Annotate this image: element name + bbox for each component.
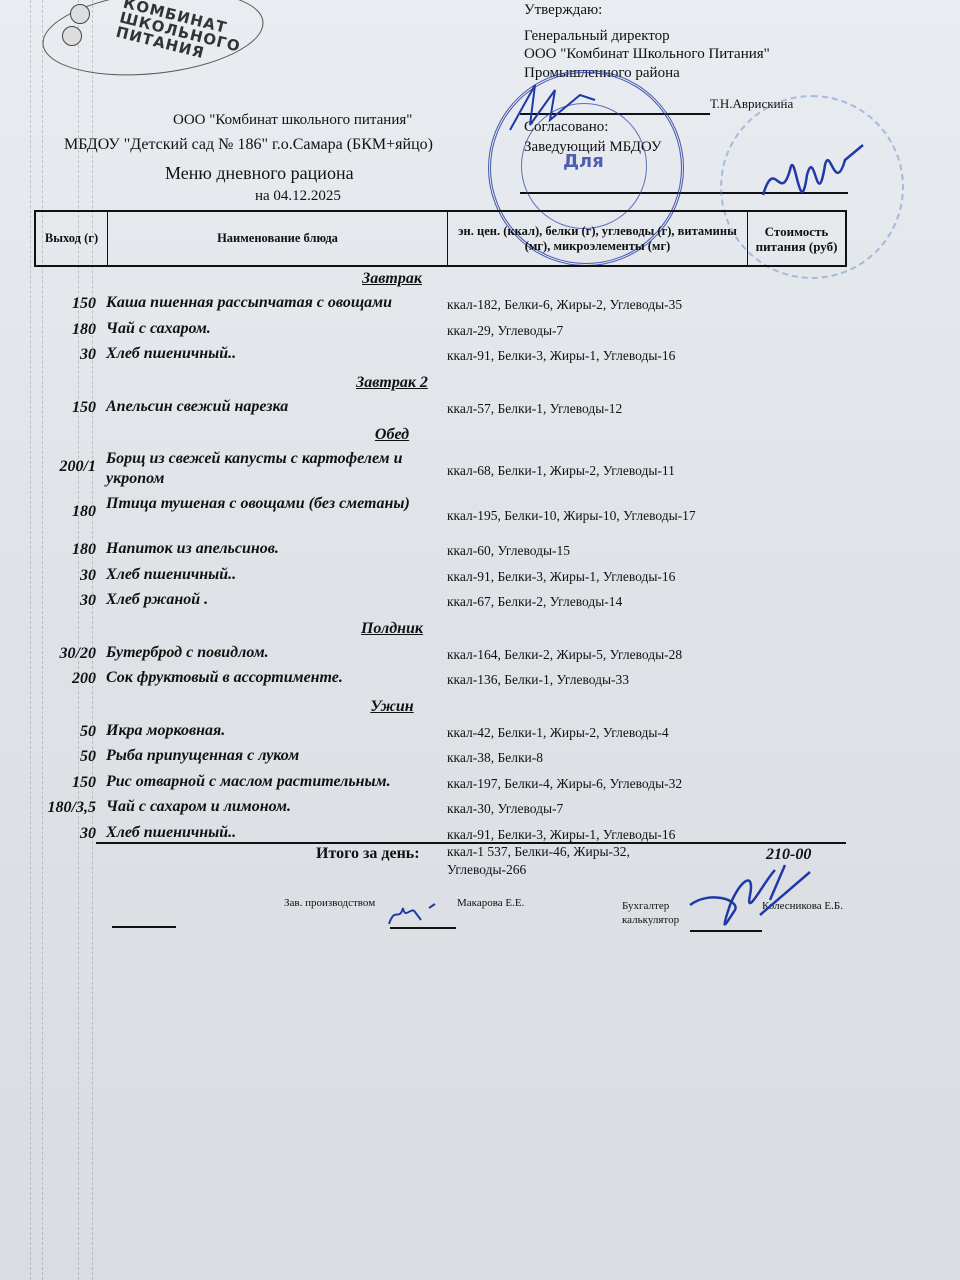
item-name: Сок фруктовый в ассортименте. — [106, 668, 446, 688]
item-nutrition: ккал-136, Белки-1, Углеводы-33 — [447, 672, 629, 688]
item-name: Икра морковная. — [106, 721, 446, 741]
margin-artifact — [30, 0, 32, 1280]
item-name: Чай с сахаром. — [106, 319, 446, 339]
item-name: Бутерброд с повидлом. — [106, 643, 446, 663]
item-output: 150 — [72, 399, 96, 417]
item-output: 180 — [72, 503, 96, 521]
blank-signature-line — [112, 926, 176, 928]
accountant-label-1: Бухгалтер — [622, 900, 669, 912]
item-nutrition: ккал-30, Углеводы-7 — [447, 801, 563, 817]
item-name: Хлеб пшеничный.. — [106, 344, 446, 364]
section-heading: Ужин — [370, 698, 413, 716]
accountant-signature-icon — [680, 860, 820, 940]
document-title: Меню дневного рациона — [165, 163, 354, 184]
margin-artifact — [92, 0, 94, 1280]
institution-name: МБДОУ "Детский сад № 186" г.о.Самара (БК… — [64, 136, 433, 154]
section-heading: Полдник — [361, 620, 423, 638]
approver-company: ООО "Комбинат Школьного Питания" — [524, 44, 770, 64]
item-name: Каша пшенная рассыпчатая с овощами — [106, 293, 446, 313]
section-heading: Обед — [375, 426, 409, 444]
item-output: 30 — [80, 825, 96, 843]
margin-artifact — [78, 0, 80, 1280]
accountant-label-2: калькулятор — [622, 914, 679, 926]
item-name: Рис отварной с маслом растительным. — [106, 772, 446, 792]
item-output: 150 — [72, 774, 96, 792]
col-cost: Стоимость питания (руб) — [748, 212, 845, 265]
item-output: 30/20 — [60, 645, 96, 663]
item-nutrition: ккал-91, Белки-3, Жиры-1, Углеводы-16 — [447, 569, 675, 585]
document-date: на 04.12.2025 — [255, 188, 341, 205]
item-output: 180/3,5 — [48, 799, 96, 817]
total-nutrition-2: Углеводы-266 — [447, 862, 526, 878]
item-nutrition: ккал-29, Углеводы-7 — [447, 323, 563, 339]
stamp-text: Для — [563, 151, 604, 172]
production-name: Макарова Е.Е. — [457, 897, 524, 909]
total-nutrition-1: ккал-1 537, Белки-46, Жиры-32, — [447, 844, 630, 860]
item-output: 150 — [72, 295, 96, 313]
section-heading: Завтрак 2 — [356, 374, 428, 392]
approver-position: Генеральный директор — [524, 26, 670, 46]
col-output: Выход (г) — [36, 212, 108, 265]
item-nutrition: ккал-91, Белки-3, Жиры-1, Углеводы-16 — [447, 348, 675, 364]
section-heading: Завтрак — [362, 270, 422, 288]
item-name: Птица тушеная с овощами (без сметаны) — [106, 494, 446, 514]
item-nutrition: ккал-195, Белки-10, Жиры-10, Углеводы-17 — [447, 508, 696, 524]
total-label: Итого за день: — [316, 845, 420, 863]
item-nutrition: ккал-42, Белки-1, Жиры-2, Углеводы-4 — [447, 725, 669, 741]
logo-face-icon — [62, 26, 82, 46]
item-output: 180 — [72, 321, 96, 339]
table-header: Выход (г) Наименование блюда эн. цен. (к… — [34, 210, 847, 267]
item-output: 30 — [80, 346, 96, 364]
item-output: 50 — [80, 723, 96, 741]
item-name: Апельсин свежий нарезка — [106, 397, 446, 417]
item-name: Напиток из апельсинов. — [106, 539, 446, 559]
margin-artifact — [42, 0, 44, 1280]
item-output: 180 — [72, 541, 96, 559]
production-label: Зав. производством — [284, 897, 375, 909]
item-name: Хлеб пшеничный.. — [106, 565, 446, 585]
item-output: 50 — [80, 748, 96, 766]
item-name: Чай с сахаром и лимоном. — [106, 797, 446, 817]
approver-signature-icon — [500, 80, 620, 140]
item-nutrition: ккал-67, Белки-2, Углеводы-14 — [447, 594, 622, 610]
item-name: Борщ из свежей капусты с картофелем и ук… — [106, 449, 446, 489]
org-name: ООО "Комбинат школьного питания" — [173, 112, 412, 129]
item-output: 30 — [80, 567, 96, 585]
item-nutrition: ккал-164, Белки-2, Жиры-5, Углеводы-28 — [447, 647, 682, 663]
item-nutrition: ккал-60, Углеводы-15 — [447, 543, 570, 559]
approve-label: Утверждаю: — [524, 0, 602, 20]
company-logo: КОМБИНАТ ШКОЛЬНОГО ПИТАНИЯ — [40, 0, 265, 75]
item-nutrition: ккал-57, Белки-1, Углеводы-12 — [447, 401, 622, 417]
item-nutrition: ккал-197, Белки-4, Жиры-6, Углеводы-32 — [447, 776, 682, 792]
col-nutrition: эн. цен. (ккал), белки (г), углеводы (г)… — [448, 212, 748, 265]
item-name: Хлеб ржаной . — [106, 590, 446, 610]
item-output: 30 — [80, 592, 96, 610]
logo-face-icon — [70, 4, 90, 24]
item-output: 200/1 — [60, 458, 96, 476]
item-name: Хлеб пшеничный.. — [106, 823, 446, 843]
item-nutrition: ккал-38, Белки-8 — [447, 750, 543, 766]
item-name: Рыба припущенная с луком — [106, 746, 446, 766]
item-nutrition: ккал-68, Белки-1, Жиры-2, Углеводы-11 — [447, 463, 675, 479]
item-output: 200 — [72, 670, 96, 688]
col-dish-name: Наименование блюда — [108, 212, 448, 265]
item-nutrition: ккал-182, Белки-6, Жиры-2, Углеводы-35 — [447, 297, 682, 313]
item-nutrition: ккал-91, Белки-3, Жиры-1, Углеводы-16 — [447, 827, 675, 843]
production-signature-icon — [385, 898, 445, 928]
